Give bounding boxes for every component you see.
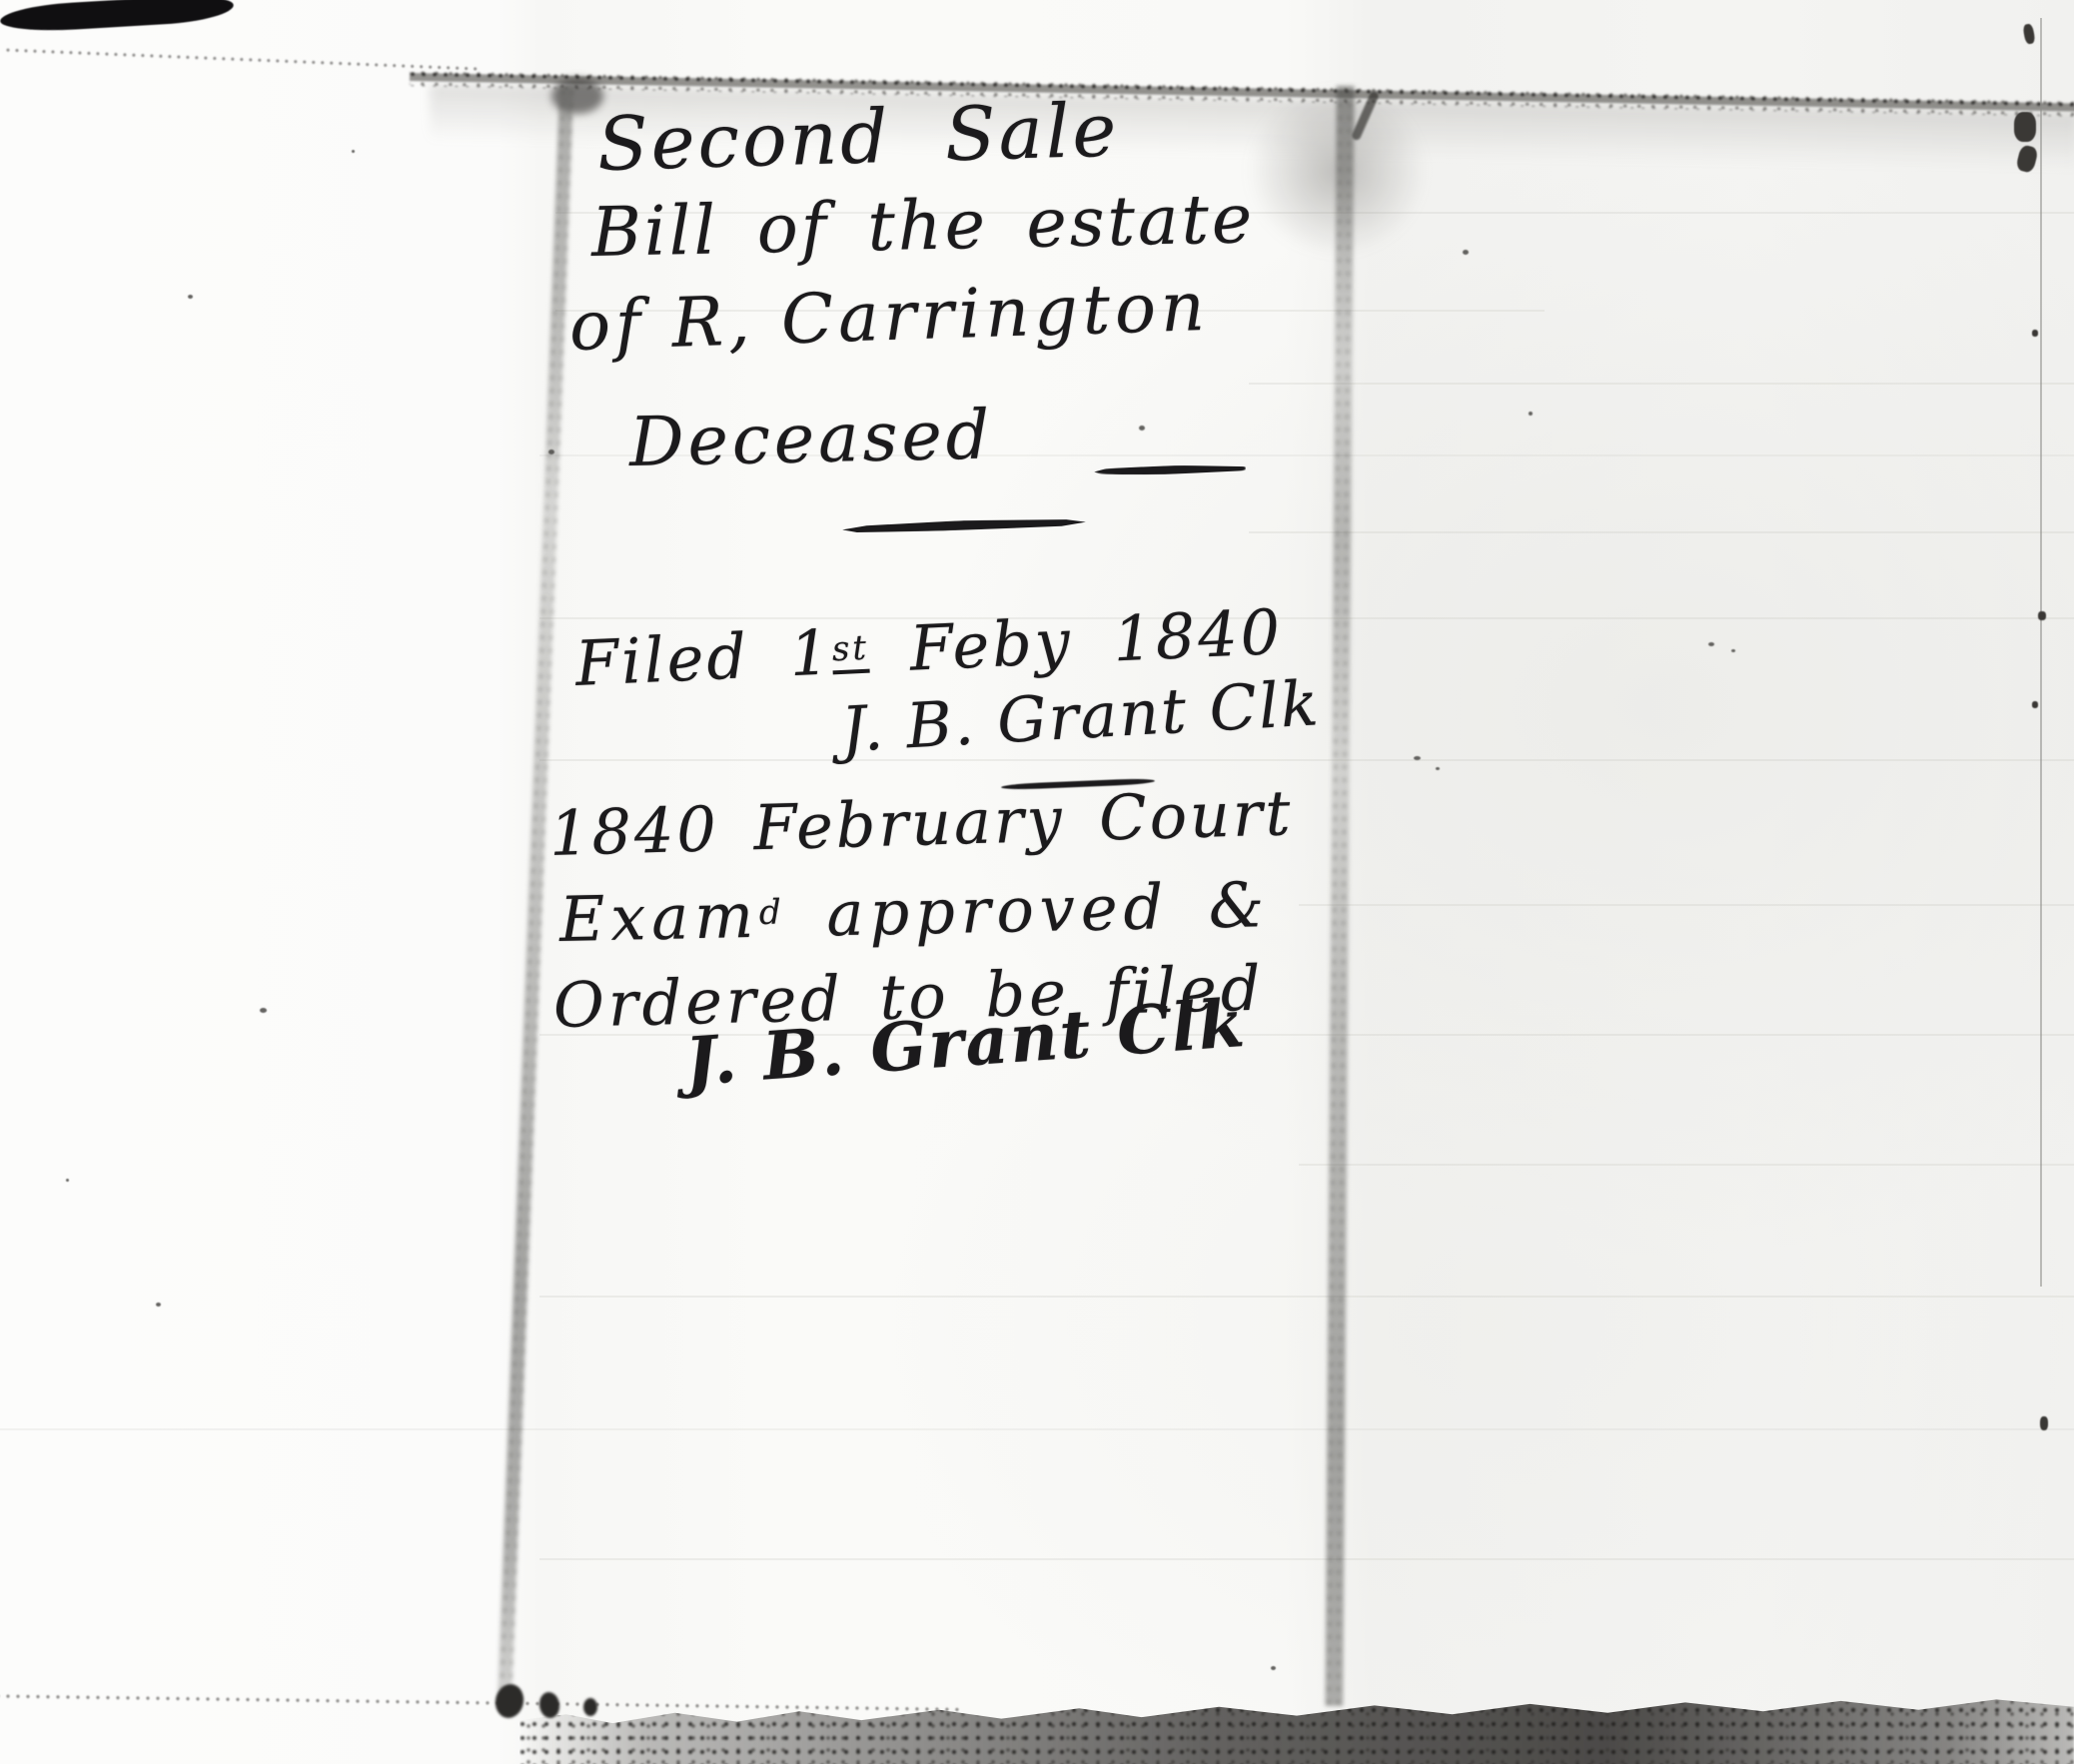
paper-speck: [1731, 649, 1735, 652]
filed-date-ordinal: st: [831, 628, 870, 675]
paper-speck: [1139, 426, 1145, 431]
paper-speck: [1529, 412, 1533, 416]
right-edge-mark: [2040, 1416, 2048, 1430]
scan-streak: [0, 1428, 2074, 1430]
scan-streak: [1299, 1164, 2074, 1166]
paper-speck: [548, 449, 554, 454]
paper-speck: [1436, 767, 1440, 770]
scanned-document-page: Second Sale Bill of the estate of R, Car…: [0, 0, 2074, 1764]
scan-streak: [539, 1558, 2074, 1560]
paper-speck: [66, 1179, 69, 1182]
right-edge-mark: [2014, 112, 2036, 142]
right-edge-mark: [2032, 701, 2038, 708]
scan-streak: [1249, 531, 2074, 533]
scan-streak: [539, 1296, 2074, 1298]
bottom-edge-blob: [583, 1698, 597, 1716]
paper-speck: [1414, 756, 1421, 760]
right-edge-line: [2040, 18, 2042, 1287]
paper-speck: [156, 1303, 161, 1307]
paper-speck: [260, 1008, 267, 1013]
title-line-second-sale: Second Sale: [596, 87, 1121, 188]
examined-sup: d: [758, 892, 787, 933]
scan-streak: [1299, 904, 2074, 906]
paper-speck: [1463, 250, 1469, 255]
filed-date-pre: Filed 1: [573, 615, 833, 700]
title-line-bill-of-estate: Bill of the estate: [590, 180, 1256, 273]
examined-pre: Exam: [558, 879, 759, 956]
right-edge-mark: [2038, 611, 2046, 620]
paper-speck: [1271, 1666, 1276, 1670]
paper-speck: [1708, 642, 1714, 646]
scan-streak: [539, 759, 2074, 761]
examined-approved-line: Examd approved &: [558, 868, 1271, 956]
title-line-deceased: Deceased: [628, 396, 994, 482]
paper-speck: [352, 150, 355, 153]
examined-post: approved &: [786, 868, 1271, 951]
scan-streak: [1249, 383, 2074, 385]
paper-speck: [188, 295, 193, 299]
right-edge-mark: [2032, 330, 2038, 337]
